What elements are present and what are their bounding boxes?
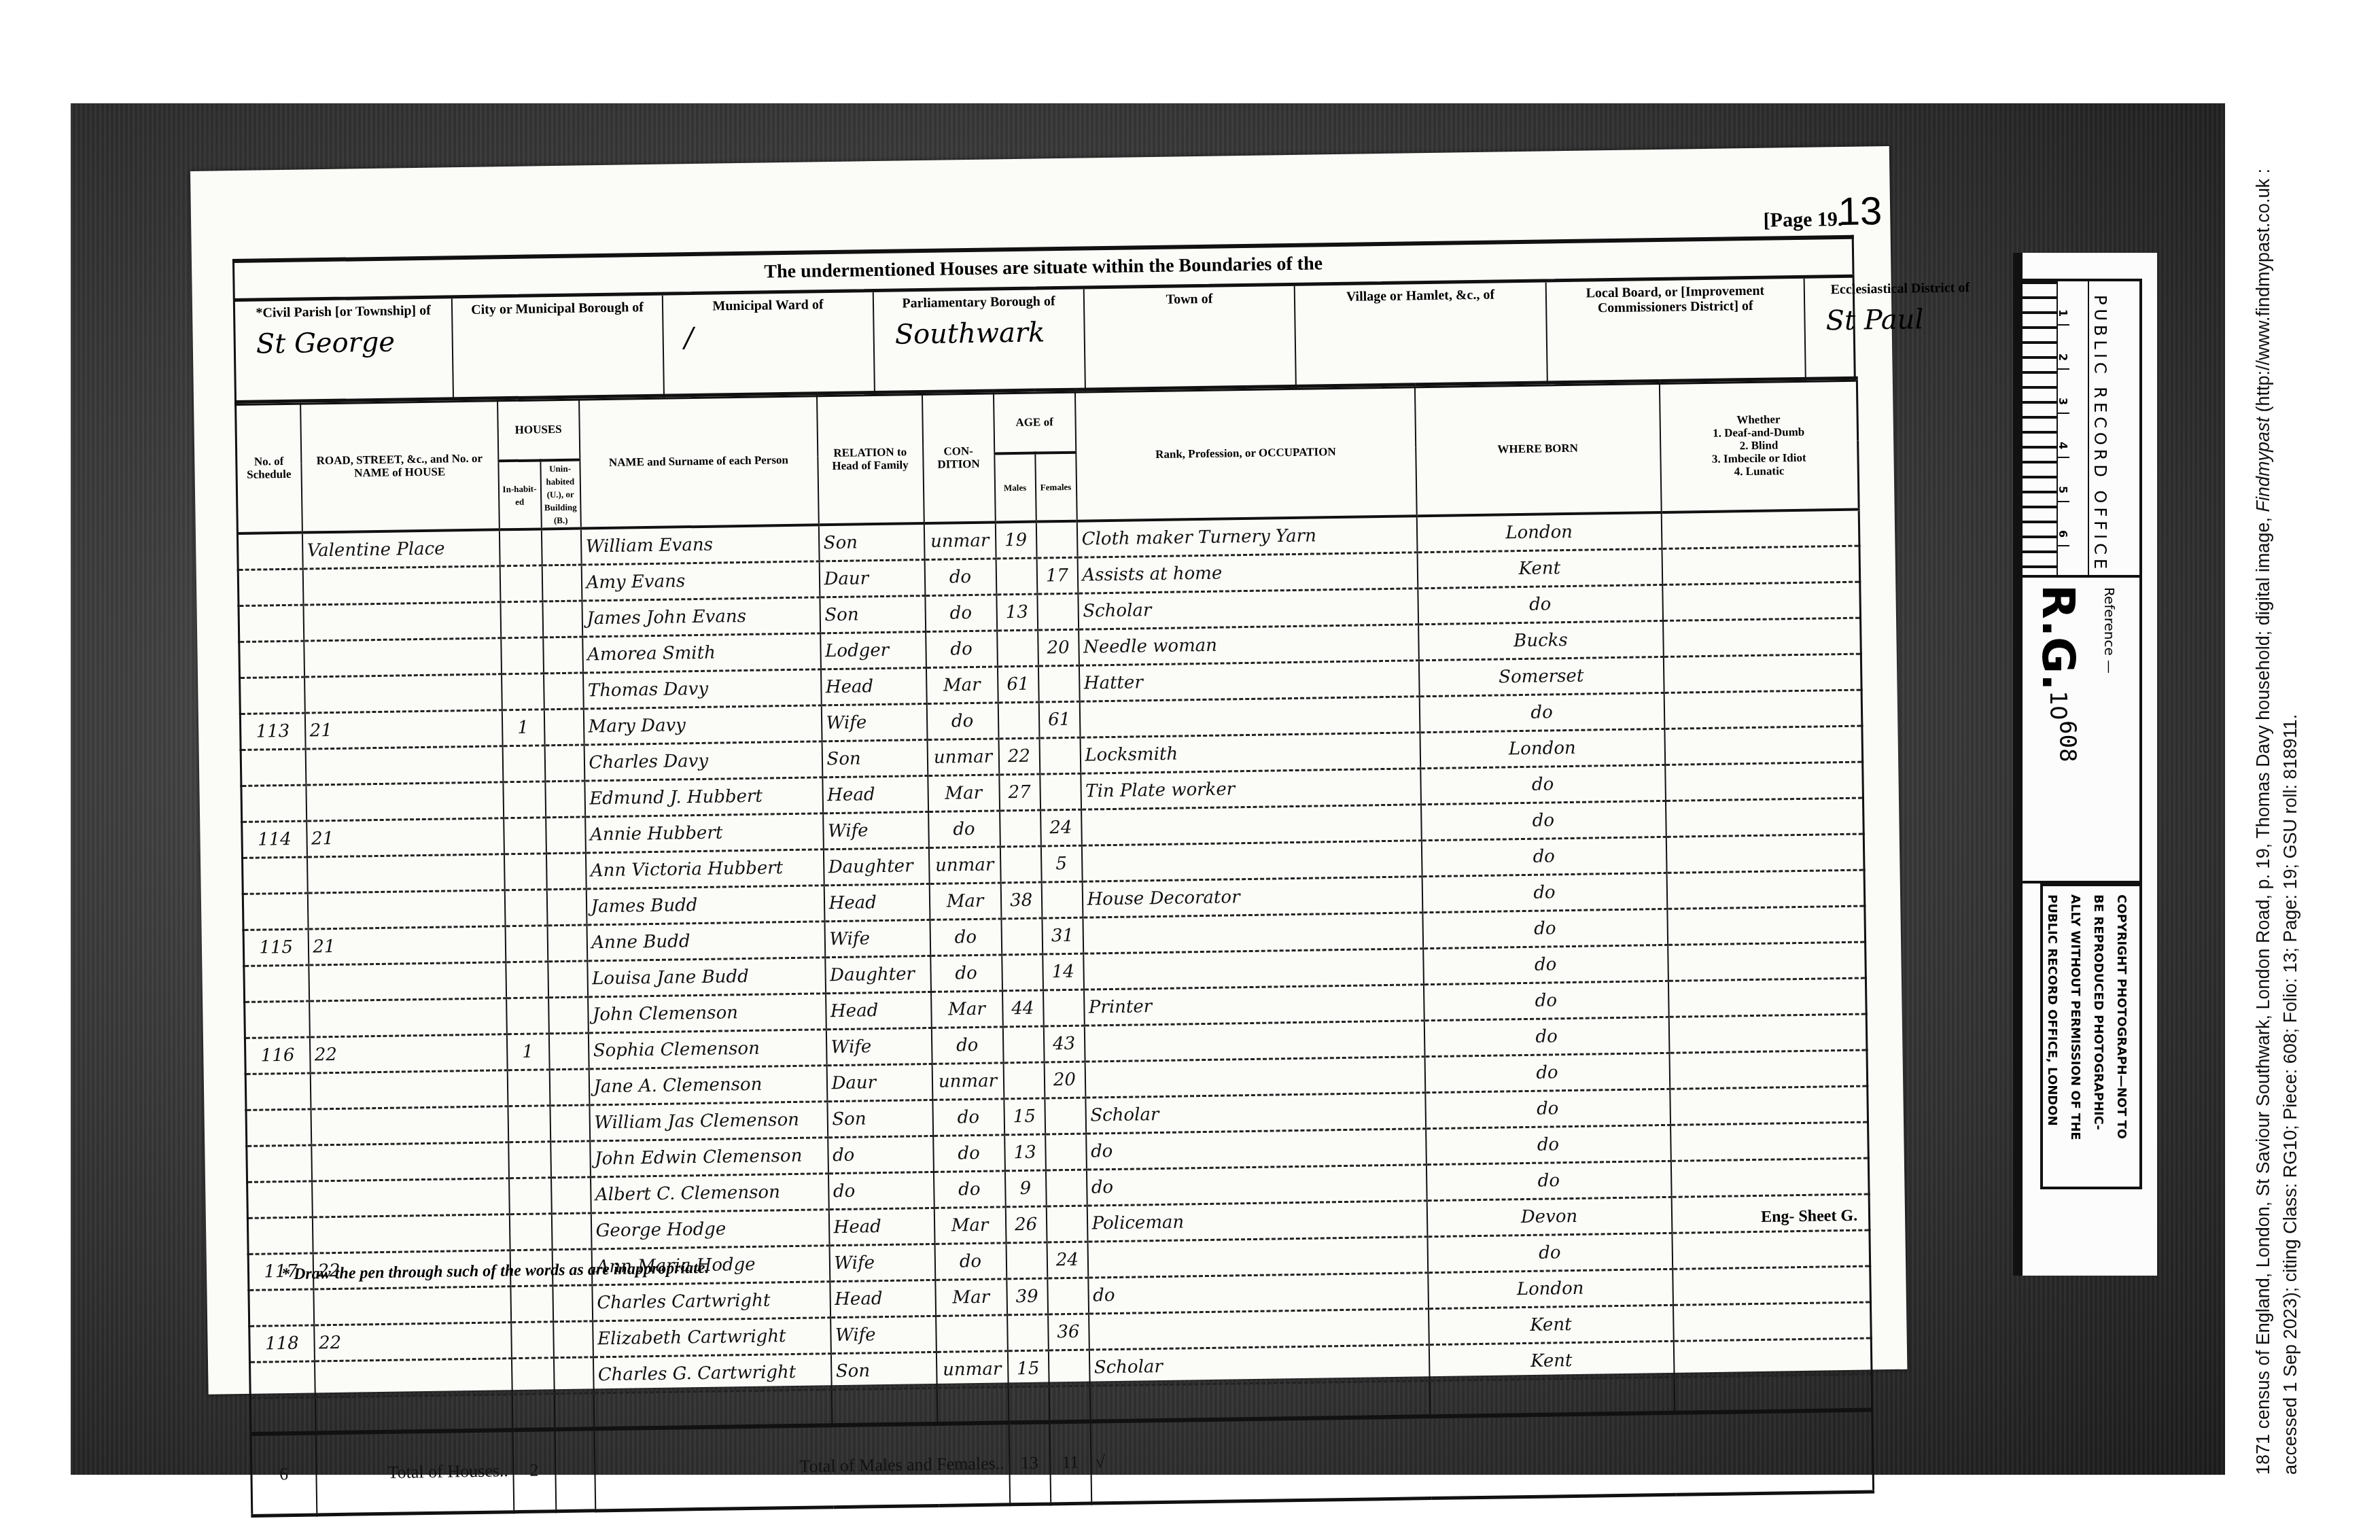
cell-infirmity — [1664, 726, 1863, 765]
cell-uninhabited — [548, 960, 588, 997]
cell-name: Annie Hubbert — [585, 813, 824, 852]
cell-infirmity — [1666, 870, 1865, 909]
cell-uninhabited — [544, 673, 584, 710]
cell-infirmity — [1668, 942, 1866, 981]
cell-relation: Wife — [829, 1244, 935, 1281]
cell-female-age — [1039, 737, 1081, 774]
cell-condition: do — [926, 702, 998, 739]
cell-condition: do — [933, 1170, 1005, 1208]
reference-card: 1 2 3 4 5 6 PUBLIC RECORD OFFICE R.G.10 … — [2013, 253, 2157, 1276]
cell-road — [310, 1070, 508, 1108]
cell-road: Valentine Place — [302, 529, 500, 568]
cell-uninhabited — [550, 1140, 591, 1177]
cell-condition: unmar — [924, 522, 996, 559]
cell-where-born: do — [1423, 981, 1668, 1020]
cell-occupation — [1083, 912, 1423, 953]
cell-where-born: do — [1422, 909, 1668, 948]
cell-road — [307, 854, 504, 892]
cell-where-born: Kent — [1429, 1341, 1674, 1380]
cell-condition: do — [931, 1026, 1003, 1064]
cell-female-age — [1043, 990, 1085, 1026]
cell-occupation: Locksmith — [1080, 732, 1420, 773]
cell-occupation: Policeman — [1087, 1200, 1427, 1241]
boundary-village-hamlet: Village or Hamlet, &c., of — [1295, 282, 1548, 387]
cell-infirmity — [1665, 798, 1863, 837]
cell-uninhabited — [553, 1320, 593, 1357]
cell-condition: unmar — [932, 1062, 1004, 1100]
cell-occupation — [1083, 948, 1424, 989]
cell-where-born: Somerset — [1418, 657, 1664, 696]
cell-female-age — [1037, 593, 1079, 630]
cell-relation: Head — [826, 992, 932, 1029]
cell-uninhabited — [550, 1104, 590, 1141]
cell-relation: Son — [820, 595, 926, 633]
cell-inhabited — [503, 781, 546, 818]
cell-uninhabited — [553, 1357, 593, 1393]
cell-occupation — [1089, 1380, 1430, 1421]
cell-name — [593, 1389, 832, 1429]
cell-road — [311, 1106, 508, 1144]
cell-where-born: London — [1416, 512, 1662, 552]
cell-female-age — [1045, 1098, 1086, 1134]
cell-inhabited — [511, 1321, 554, 1358]
cell-inhabited — [502, 673, 544, 710]
cell-infirmity — [1667, 906, 1866, 945]
cell-schedule — [239, 605, 304, 642]
cell-relation: Lodger — [820, 631, 926, 669]
cell-inhabited — [504, 889, 547, 926]
cell-name: Jane A. Clemenson — [589, 1065, 827, 1104]
cell-name: John Clemenson — [588, 993, 826, 1032]
cell-male-age: 38 — [1000, 882, 1042, 919]
cell-relation: Head — [824, 883, 930, 921]
census-sheet: [Page 19. 13 The undermentioned Houses a… — [190, 146, 1907, 1395]
col-age: AGE of — [993, 389, 1075, 453]
cell-relation: Wife — [826, 1028, 932, 1065]
cell-relation: do — [828, 1136, 934, 1173]
cell-infirmity — [1673, 1266, 1871, 1305]
cell-road: 22 — [314, 1322, 512, 1361]
cell-relation: Head — [830, 1280, 936, 1317]
cell-name: Albert C. Clemenson — [591, 1173, 829, 1212]
cell-male-age — [1007, 1314, 1049, 1350]
cell-relation: Wife — [824, 920, 930, 957]
cell-relation: Head — [820, 667, 926, 705]
class-code: R.G.10 — [2032, 584, 2084, 720]
cell-male-age: 27 — [999, 774, 1040, 811]
cell-inhabited — [512, 1393, 555, 1430]
cell-condition: unmar — [928, 846, 1000, 883]
cell-infirmity — [1665, 762, 1863, 801]
cell-female-age: 17 — [1036, 557, 1078, 594]
cell-where-born: do — [1426, 1125, 1671, 1164]
cell-relation: Son — [827, 1100, 933, 1137]
cell-condition: Mar — [931, 990, 1003, 1028]
cell-occupation — [1084, 1020, 1424, 1061]
boundary-city-borough: City or Municipal Borough of — [453, 296, 665, 401]
cell-uninhabited — [546, 816, 586, 853]
cell-schedule — [246, 1109, 311, 1146]
census-table: No. of Schedule ROAD, STREET, &c., and N… — [234, 377, 1874, 1518]
cell-road: 22 — [309, 1034, 507, 1072]
cell-road — [313, 1286, 511, 1325]
cell-uninhabited — [544, 709, 584, 746]
cell-name: John Edwin Clemenson — [590, 1137, 828, 1176]
cell-relation: Son — [818, 523, 924, 561]
cell-where-born — [1429, 1377, 1675, 1416]
cell-schedule — [241, 785, 307, 822]
cell-relation: Son — [822, 739, 928, 777]
col-where-born: WHERE BORN — [1414, 381, 1661, 516]
cell-female-age: 36 — [1048, 1314, 1089, 1350]
cell-inhabited — [499, 529, 542, 565]
cell-occupation — [1081, 804, 1422, 845]
cell-schedule: 114 — [242, 821, 307, 858]
cell-uninhabited — [542, 601, 582, 637]
cell-condition: Mar — [935, 1278, 1007, 1316]
cell-schedule — [238, 569, 303, 606]
cell-schedule: 116 — [245, 1037, 310, 1074]
col-houses: HOUSES — [497, 397, 580, 461]
col-inhabited: In-habit-ed — [498, 460, 541, 529]
cell-road — [304, 673, 502, 712]
cell-schedule — [239, 641, 304, 678]
cell-inhabited — [511, 1357, 554, 1394]
cell-relation: do — [828, 1172, 934, 1209]
cell-occupation: Scholar — [1085, 1092, 1426, 1133]
cell-inhabited — [502, 745, 545, 782]
cell-road — [307, 890, 505, 928]
cell-schedule — [241, 749, 306, 786]
col-females: Females — [1035, 453, 1077, 522]
cell-uninhabited — [543, 637, 583, 673]
cell-female-age — [1041, 881, 1083, 918]
cell-name: William Evans — [580, 525, 819, 564]
cell-relation: Daughter — [825, 956, 931, 993]
cell-name: William Jas Clemenson — [589, 1101, 828, 1140]
cell-infirmity — [1668, 1014, 1867, 1053]
cell-inhabited — [501, 637, 544, 673]
cell-female-age — [1036, 521, 1077, 558]
cell-uninhabited — [546, 888, 587, 925]
cell-female-age: 20 — [1038, 629, 1079, 666]
cell-where-born: do — [1419, 693, 1664, 732]
col-infirmity: Whether 1. Deaf-and-Dumb 2. Blind 3. Imb… — [1659, 378, 1859, 512]
cell-inhabited — [500, 565, 542, 601]
cell-schedule — [247, 1217, 313, 1254]
cell-where-born: do — [1424, 1053, 1670, 1092]
cell-inhabited — [510, 1285, 553, 1322]
cell-occupation: Assists at home — [1077, 552, 1418, 593]
cell-occupation: Tin Plate worker — [1081, 768, 1421, 809]
cell-infirmity — [1673, 1337, 1872, 1376]
cell-infirmity — [1672, 1230, 1870, 1269]
cell-condition: do — [926, 630, 998, 667]
cell-male-age: 15 — [1004, 1098, 1045, 1135]
cell-relation: Son — [830, 1352, 937, 1389]
cell-where-born: Kent — [1429, 1305, 1674, 1344]
cell-condition — [937, 1386, 1009, 1424]
cell-infirmity — [1664, 690, 1862, 729]
boundary-town: Town of — [1085, 286, 1297, 391]
cell-condition: do — [925, 594, 997, 631]
cell-name: George Hodge — [591, 1209, 829, 1248]
cell-road — [312, 1214, 510, 1253]
cell-male-age — [997, 630, 1038, 667]
source-citation: 1871 census of England, London, St Savio… — [2250, 82, 2304, 1475]
total-check-mark: √ — [1090, 1410, 1874, 1503]
cell-name: Louisa Jane Budd — [587, 957, 826, 996]
cell-female-age: 20 — [1044, 1062, 1085, 1098]
boundary-ecclesiastical-district: Ecclesiastical District of St Paul — [1805, 276, 1997, 381]
cell-where-born: Bucks — [1418, 620, 1664, 660]
cell-female-age — [1047, 1278, 1089, 1314]
cell-uninhabited — [541, 529, 581, 565]
cell-road: 21 — [304, 710, 502, 748]
cell-condition: do — [930, 954, 1002, 992]
col-condition: CON-DITION — [922, 391, 995, 523]
cell-male-age — [1002, 1026, 1044, 1063]
cell-road — [309, 962, 506, 1000]
cell-road: 21 — [307, 818, 504, 856]
cell-name: James John Evans — [582, 597, 820, 636]
citation-line-1: 1871 census of England, London, St Savio… — [2250, 82, 2277, 1475]
cell-name: James Budd — [586, 885, 824, 924]
ruler-ticks — [2023, 281, 2058, 575]
cell-uninhabited — [554, 1393, 594, 1429]
cell-road — [312, 1178, 510, 1217]
cell-schedule — [245, 1073, 311, 1110]
cell-uninhabited — [547, 924, 587, 961]
cell-uninhabited — [549, 1068, 589, 1105]
cell-male-age: 39 — [1007, 1278, 1048, 1314]
cell-female-age — [1048, 1350, 1089, 1386]
cell-occupation: Scholar — [1089, 1344, 1429, 1385]
cell-female-age: 43 — [1043, 1026, 1085, 1062]
total-females: 11 — [1049, 1422, 1091, 1504]
cell-male-age — [998, 702, 1039, 739]
cell-road — [315, 1394, 512, 1433]
cell-inhabited — [509, 1177, 552, 1214]
citation-line-2: accessed 1 Sep 2023); citing Class: RG10… — [2277, 82, 2304, 1475]
cell-relation: Wife — [821, 703, 927, 741]
cell-uninhabited — [551, 1212, 591, 1249]
cell-schedule: 115 — [243, 929, 309, 966]
reference-label: Reference — — [2101, 587, 2118, 673]
cell-road — [304, 637, 502, 676]
cell-uninhabited — [544, 745, 584, 782]
cell-schedule — [242, 857, 307, 894]
cell-uninhabited — [548, 1032, 589, 1069]
cell-female-age — [1045, 1134, 1087, 1170]
cell-male-age: 19 — [995, 522, 1036, 559]
cell-inhabited — [508, 1141, 551, 1178]
cell-schedule — [243, 893, 308, 930]
cell-condition: do — [924, 558, 996, 595]
ruler-cells: 1 2 3 4 5 6 — [2057, 281, 2089, 575]
cell-inhabited — [504, 853, 546, 890]
cell-female-age: 31 — [1042, 917, 1083, 954]
cell-female-age: 24 — [1040, 809, 1082, 846]
cell-name: Amy Evans — [581, 561, 820, 600]
sheet-code: Eng- Sheet G. — [1761, 1207, 1857, 1227]
total-schedules: 6 — [251, 1433, 317, 1515]
cell-female-age — [1049, 1386, 1090, 1422]
cell-where-born: do — [1422, 873, 1667, 912]
cell-where-born: do — [1420, 765, 1666, 804]
cell-name: Thomas Davy — [583, 669, 822, 708]
col-schedule: No. of Schedule — [236, 401, 302, 533]
cell-schedule: 118 — [249, 1325, 315, 1361]
cell-schedule — [249, 1289, 314, 1325]
cell-occupation: do — [1086, 1128, 1427, 1169]
cell-occupation: Needle woman — [1079, 624, 1419, 665]
cell-infirmity — [1670, 1158, 1869, 1197]
cell-relation: Daur — [826, 1064, 932, 1101]
cell-infirmity — [1666, 834, 1864, 873]
cell-where-born: do — [1427, 1233, 1673, 1272]
cell-inhabited — [500, 601, 543, 637]
cell-male-age — [1003, 1062, 1045, 1099]
cell-occupation: do — [1086, 1164, 1427, 1205]
cell-male-age: 15 — [1007, 1350, 1049, 1386]
cell-male-age — [1002, 954, 1043, 991]
cell-female-age: 5 — [1040, 845, 1082, 882]
cell-name: Charles Davy — [584, 741, 822, 780]
cell-infirmity — [1668, 978, 1866, 1017]
cell-schedule — [247, 1181, 313, 1218]
cell-inhabited — [506, 961, 548, 998]
cell-inhabited — [507, 1069, 550, 1106]
cell-condition: do — [932, 1098, 1004, 1136]
cell-male-age: 61 — [997, 666, 1038, 703]
col-occupation: Rank, Profession, or OCCUPATION — [1074, 385, 1416, 521]
cell-where-born: do — [1425, 1089, 1670, 1128]
cell-where-born: Devon — [1427, 1197, 1672, 1236]
cell-relation: Head — [822, 775, 928, 813]
cell-schedule — [244, 965, 309, 1002]
cell-where-born: London — [1420, 729, 1665, 768]
total-males: 13 — [1009, 1422, 1051, 1504]
cell-relation — [831, 1388, 937, 1425]
cell-condition: do — [934, 1242, 1007, 1280]
cell-inhabited — [508, 1105, 550, 1142]
cell-relation: Head — [828, 1208, 934, 1245]
cell-infirmity — [1662, 546, 1860, 584]
col-relation: RELATION to Head of Family — [816, 392, 924, 525]
cell-relation: Wife — [830, 1316, 937, 1353]
cell-female-age: 61 — [1038, 701, 1080, 738]
cell-name: Amorea Smith — [582, 633, 821, 672]
cell-female-age: 24 — [1047, 1242, 1088, 1278]
cell-condition: do — [930, 918, 1002, 956]
cell-name: Elizabeth Cartwright — [593, 1317, 831, 1357]
cell-infirmity — [1670, 1122, 1869, 1161]
cell-male-age — [1001, 918, 1043, 955]
cell-male-age: 9 — [1004, 1170, 1046, 1206]
cell-occupation: do — [1088, 1272, 1429, 1313]
cell-male-age: 13 — [996, 594, 1038, 631]
cell-where-born: do — [1421, 801, 1666, 840]
cell-where-born: Kent — [1417, 548, 1662, 588]
cell-where-born: do — [1418, 584, 1663, 624]
col-males: Males — [994, 453, 1036, 523]
cell-male-age — [1000, 810, 1041, 847]
cell-where-born: do — [1426, 1161, 1671, 1200]
cell-name: Ann Victoria Hubbert — [585, 849, 824, 888]
cell-road — [311, 1142, 509, 1180]
cell-occupation — [1081, 840, 1422, 881]
cell-occupation: Scholar — [1078, 588, 1418, 629]
cell-infirmity — [1661, 510, 1859, 548]
cell-schedule: 113 — [240, 713, 305, 750]
cell-female-age — [1038, 665, 1079, 702]
cell-male-age — [996, 558, 1037, 595]
cell-infirmity — [1662, 582, 1861, 620]
cell-male-age: 13 — [1004, 1134, 1046, 1170]
cell-infirmity — [1673, 1302, 1871, 1341]
cell-name: Edmund J. Hubbert — [584, 777, 823, 816]
cell-road — [309, 998, 507, 1036]
cell-name: Charles Cartwright — [592, 1281, 830, 1320]
cell-where-born: do — [1424, 1017, 1669, 1056]
boundary-municipal-ward: Municipal Ward of / — [663, 292, 875, 398]
cell-uninhabited — [546, 852, 586, 889]
census-rows: Valentine PlaceWilliam EvansSonunmar19Cl… — [237, 510, 1872, 1434]
cell-occupation: Cloth maker Turnery Yarn — [1077, 516, 1417, 557]
cell-relation: Daughter — [823, 847, 929, 885]
cell-infirmity — [1669, 1050, 1868, 1089]
scale-ruler: 1 2 3 4 5 6 PUBLIC RECORD OFFICE — [2023, 279, 2142, 578]
cell-schedule — [249, 1361, 315, 1397]
cell-female-age: 14 — [1043, 953, 1084, 990]
cell-occupation — [1079, 696, 1420, 737]
boundary-local-board: Local Board, or [Improvement Commissione… — [1547, 279, 1806, 385]
cell-male-age: 44 — [1002, 990, 1044, 1027]
cell-name: Sophia Clemenson — [588, 1029, 826, 1068]
cell-condition: Mar — [929, 882, 1001, 920]
col-name: NAME and Surname of each Person — [579, 393, 819, 529]
cell-inhabited: 1 — [506, 1033, 549, 1070]
cell-condition — [936, 1314, 1008, 1352]
cell-male-age — [1006, 1242, 1047, 1278]
cell-name: Mary Davy — [583, 705, 822, 744]
cell-schedule — [250, 1397, 315, 1433]
total-houses-uninhabited — [555, 1429, 595, 1511]
cell-male-age — [1008, 1386, 1049, 1422]
cell-occupation: Printer — [1084, 984, 1424, 1025]
cell-road — [314, 1358, 512, 1397]
cell-inhabited — [509, 1213, 552, 1250]
ruler-title: PUBLIC RECORD OFFICE — [2090, 295, 2110, 573]
total-houses-label: Total of Houses.. — [315, 1430, 514, 1514]
cell-relation: Wife — [823, 811, 929, 849]
col-road: ROAD, STREET, &c., and No. or NAME of HO… — [300, 398, 500, 533]
cell-infirmity — [1663, 618, 1861, 657]
cell-condition: Mar — [934, 1206, 1006, 1244]
cell-male-age: 22 — [998, 738, 1040, 775]
total-persons-label: Total of Males and Females.. — [594, 1422, 1010, 1510]
cell-condition: do — [933, 1134, 1005, 1172]
page-label: [Page 19. — [1763, 208, 1842, 232]
cell-infirmity — [1663, 654, 1861, 693]
cell-schedule — [245, 1001, 310, 1038]
cell-occupation — [1089, 1308, 1429, 1349]
cell-occupation: Hatter — [1079, 660, 1419, 701]
cell-infirmity — [1674, 1373, 1872, 1412]
cell-female-age — [1045, 1170, 1087, 1206]
cell-male-age — [1000, 846, 1041, 883]
